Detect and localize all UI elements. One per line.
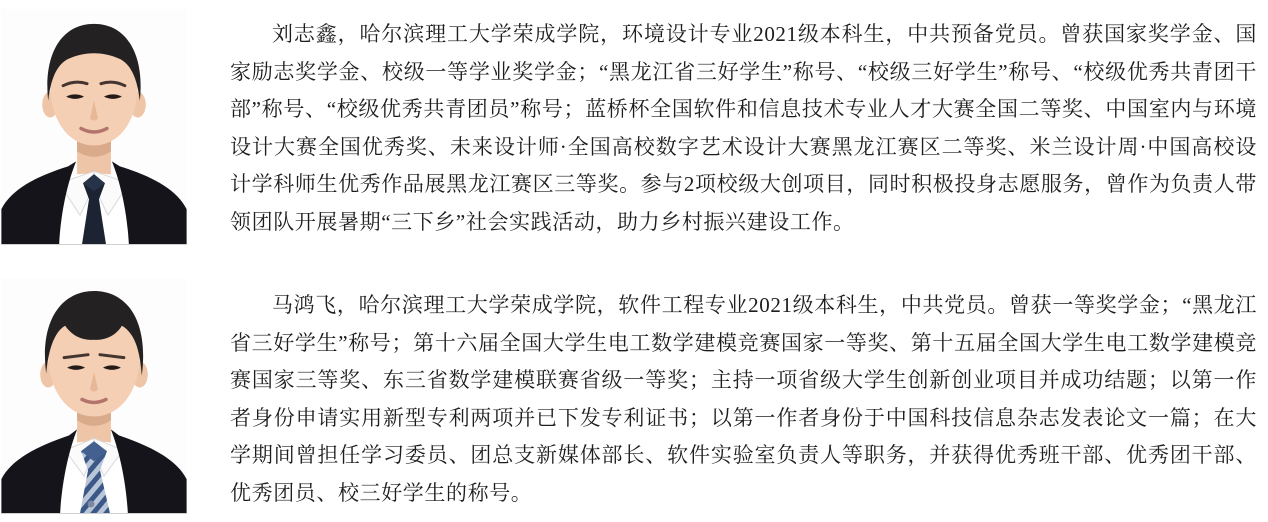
bio-paragraph-1: 刘志鑫，哈尔滨理工大学荣成学院，环境设计专业2021级本科生，中共预备党员。曾获… [230, 16, 1257, 242]
document-page: 刘志鑫，哈尔滨理工大学荣成学院，环境设计专业2021级本科生，中共预备党员。曾获… [0, 0, 1268, 522]
student-photo-1 [1, 9, 187, 245]
bio-paragraph-2: 马鸿飞，哈尔滨理工大学荣成学院，软件工程专业2021级本科生，中共党员。曾获一等… [230, 287, 1257, 513]
student-photo-2 [1, 278, 187, 514]
portrait-2-image [1, 278, 187, 513]
tie-clip [88, 501, 95, 508]
portrait-1-image [1, 9, 187, 244]
